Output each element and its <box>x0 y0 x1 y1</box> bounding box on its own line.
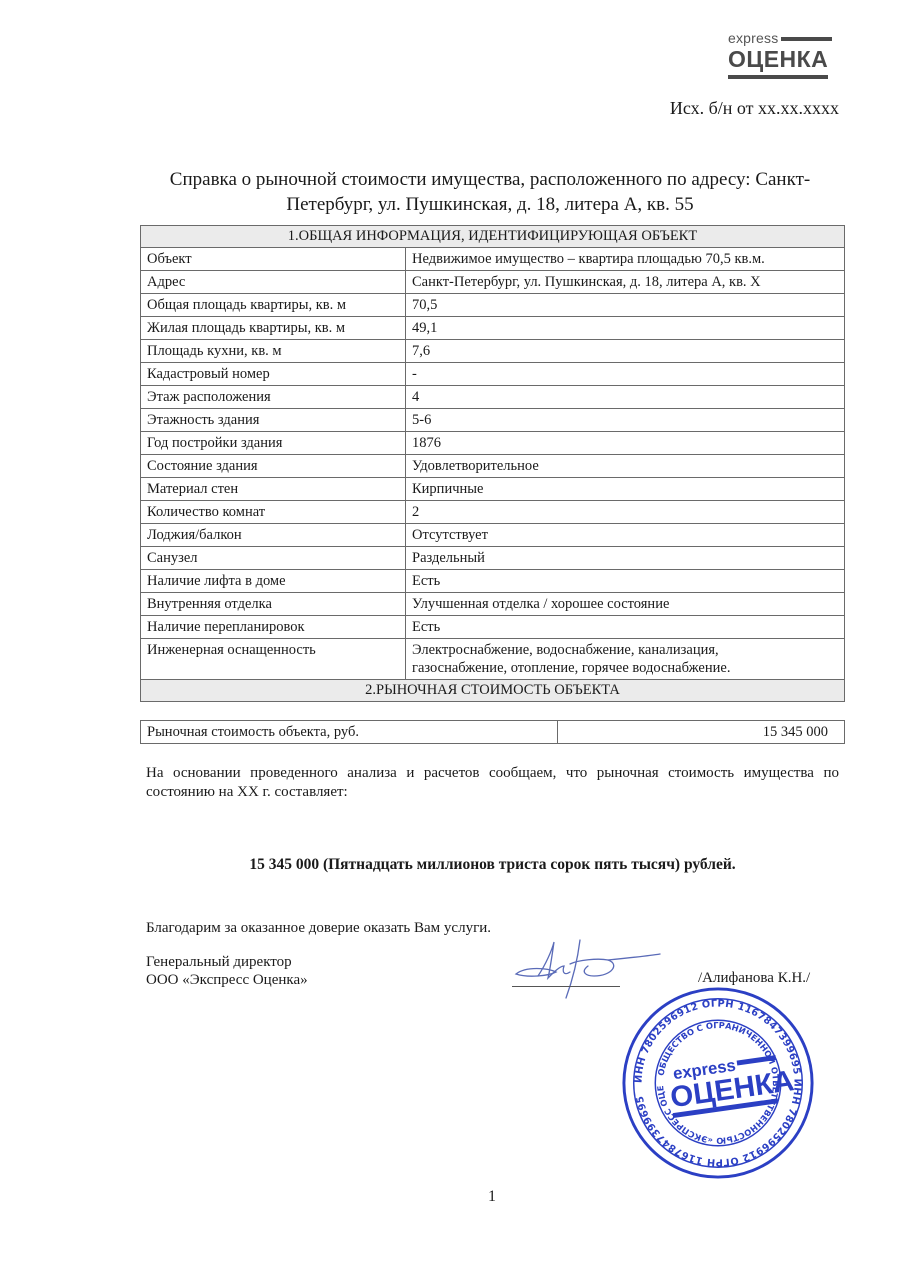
section-2-heading: 2.РЫНОЧНАЯ СТОИМОСТЬ ОБЪЕКТА <box>141 680 845 702</box>
row-value: 70,5 <box>406 294 845 317</box>
row-label: Санузел <box>141 547 406 570</box>
outgoing-reference: Исх. б/н от хх.хх.хххх <box>670 98 839 119</box>
table-row: Инженерная оснащенность Электроснабжение… <box>141 639 845 680</box>
row-label: Этажность здания <box>141 409 406 432</box>
table-row: ОбъектНедвижимое имущество – квартира пл… <box>141 248 845 271</box>
table-row: Этажность здания5-6 <box>141 409 845 432</box>
row-value: 2 <box>406 501 845 524</box>
row-label: Площадь кухни, кв. м <box>141 340 406 363</box>
table-row: Площадь кухни, кв. м7,6 <box>141 340 845 363</box>
market-value-table: Рыночная стоимость объекта, руб. 15 345 … <box>140 720 845 744</box>
table-row: АдресСанкт-Петербург, ул. Пушкинская, д.… <box>141 271 845 294</box>
row-value-line: Электроснабжение, водоснабжение, канализ… <box>412 641 838 659</box>
table-row: Год постройки здания1876 <box>141 432 845 455</box>
table-row: Наличие лифта в домеЕсть <box>141 570 845 593</box>
market-value-label: Рыночная стоимость объекта, руб. <box>141 721 558 744</box>
row-label: Количество комнат <box>141 501 406 524</box>
conclusion-paragraph: На основании проведенного анализа и расч… <box>146 764 839 802</box>
table-row: Внутренняя отделкаУлучшенная отделка / х… <box>141 593 845 616</box>
market-value-amount: 15 345 000 <box>558 721 845 744</box>
logo-brand-text: ОЦЕНКА <box>728 46 832 72</box>
table-row: Лоджия/балконОтсутствует <box>141 524 845 547</box>
general-info-table: 1.ОБЩАЯ ИНФОРМАЦИЯ, ИДЕНТИФИЦИРУЮЩАЯ ОБЪ… <box>140 225 845 702</box>
row-label: Материал стен <box>141 478 406 501</box>
signature-line <box>512 986 620 987</box>
logo-bar-top <box>781 37 832 41</box>
table-row: Рыночная стоимость объекта, руб. 15 345 … <box>141 721 845 744</box>
row-value: Недвижимое имущество – квартира площадью… <box>406 248 845 271</box>
row-value: 1876 <box>406 432 845 455</box>
row-value: Есть <box>406 616 845 639</box>
signatory-position: Генеральный директор <box>146 953 308 971</box>
total-value-statement: 15 345 000 (Пятнадцать миллионов триста … <box>146 856 839 874</box>
row-value: 7,6 <box>406 340 845 363</box>
section-heading-row: 1.ОБЩАЯ ИНФОРМАЦИЯ, ИДЕНТИФИЦИРУЮЩАЯ ОБЪ… <box>141 226 845 248</box>
row-label: Кадастровый номер <box>141 363 406 386</box>
row-value: Электроснабжение, водоснабжение, канализ… <box>406 639 845 680</box>
row-value: Кирпичные <box>406 478 845 501</box>
table-row: Материал стенКирпичные <box>141 478 845 501</box>
row-value: Удовлетворительное <box>406 455 845 478</box>
row-value-line: газоснабжение, отопление, горячее водосн… <box>412 659 838 677</box>
table-row: Количество комнат2 <box>141 501 845 524</box>
page-number: 1 <box>0 1188 921 1206</box>
row-label: Жилая площадь квартиры, кв. м <box>141 317 406 340</box>
table-row: Наличие перепланировокЕсть <box>141 616 845 639</box>
table-row: Жилая площадь квартиры, кв. м49,1 <box>141 317 845 340</box>
logo-bar-bottom <box>728 75 828 79</box>
row-value: Улучшенная отделка / хорошее состояние <box>406 593 845 616</box>
row-label: Внутренняя отделка <box>141 593 406 616</box>
row-value: 4 <box>406 386 845 409</box>
row-label: Наличие перепланировок <box>141 616 406 639</box>
thanks-line: Благодарим за оказанное доверие оказать … <box>146 920 491 937</box>
row-label: Состояние здания <box>141 455 406 478</box>
row-label: Инженерная оснащенность <box>141 639 406 680</box>
table-row: Состояние зданияУдовлетворительное <box>141 455 845 478</box>
document-title: Справка о рыночной стоимости имущества, … <box>150 167 830 217</box>
logo-express-text: express <box>728 30 778 46</box>
row-value: - <box>406 363 845 386</box>
row-value: 49,1 <box>406 317 845 340</box>
row-value: Есть <box>406 570 845 593</box>
row-label: Наличие лифта в доме <box>141 570 406 593</box>
row-label: Общая площадь квартиры, кв. м <box>141 294 406 317</box>
row-label: Лоджия/балкон <box>141 524 406 547</box>
signatory-block: Генеральный директор ООО «Экспресс Оценк… <box>146 953 308 989</box>
table-row: СанузелРаздельный <box>141 547 845 570</box>
row-label: Год постройки здания <box>141 432 406 455</box>
signatory-company: ООО «Экспресс Оценка» <box>146 971 308 989</box>
row-value: Раздельный <box>406 547 845 570</box>
company-stamp-icon: ИНН 7802596912 ОГРН 1167847399695 ИНН 78… <box>620 985 816 1181</box>
row-value: Санкт-Петербург, ул. Пушкинская, д. 18, … <box>406 271 845 294</box>
table-row: Кадастровый номер- <box>141 363 845 386</box>
section-heading-row: 2.РЫНОЧНАЯ СТОИМОСТЬ ОБЪЕКТА <box>141 680 845 702</box>
table-row: Этаж расположения4 <box>141 386 845 409</box>
company-logo: express ОЦЕНКА <box>728 30 832 79</box>
row-label: Этаж расположения <box>141 386 406 409</box>
row-label: Объект <box>141 248 406 271</box>
row-value: 5-6 <box>406 409 845 432</box>
section-1-heading: 1.ОБЩАЯ ИНФОРМАЦИЯ, ИДЕНТИФИЦИРУЮЩАЯ ОБЪ… <box>141 226 845 248</box>
row-value: Отсутствует <box>406 524 845 547</box>
table-row: Общая площадь квартиры, кв. м70,5 <box>141 294 845 317</box>
row-label: Адрес <box>141 271 406 294</box>
